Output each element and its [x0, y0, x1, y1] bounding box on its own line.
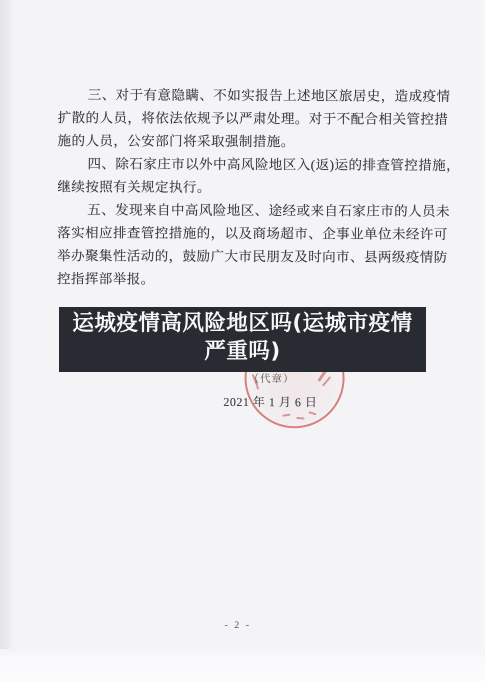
- document-text-line: 扩散的人员，将依法依规予以严肃处理。对于不配合相关管控措: [58, 106, 443, 131]
- scanned-document-page: 三、对于有意隐瞒、不如实报告上述地区旅居史，造成疫情 扩散的人员，将依法依规予以…: [0, 0, 485, 681]
- document-text-line: 举办聚集性活动的，鼓励广大市民朋友及时向市、县两级疫情防: [57, 244, 442, 269]
- document-text-line: 控指挥部举报。: [57, 267, 442, 292]
- banner-title-line1: 运城疫情高风险地区吗(运城市疫情: [59, 310, 426, 338]
- banner-title-line2: 严重吗): [59, 338, 426, 366]
- document-text-line: 五、发现来自中高风险地区、途经或来自石家庄市的人员未: [57, 198, 442, 223]
- document-text-line: 继续按照有关规定执行。: [57, 175, 442, 200]
- page-number: - 2 -: [224, 620, 251, 631]
- title-banner-overlay: 运城疫情高风险地区吗(运城市疫情 严重吗): [59, 307, 426, 372]
- document-body-text: 三、对于有意隐瞒、不如实报告上述地区旅居史，造成疫情 扩散的人员，将依法依规予以…: [57, 83, 443, 292]
- document-text-line: 落实相应排查管控措施的，以及商场超市、企事业单位未经许可: [57, 221, 442, 246]
- document-text-line: 四、除石家庄市以外中高风险地区入(返)运的排查管控措施，: [57, 152, 442, 177]
- seal-caption: （代章）: [249, 371, 295, 386]
- document-date: 2021 年 1 月 6 日: [223, 393, 317, 410]
- document-text-line: 施的人员，公安部门将采取强制措施。: [58, 129, 443, 154]
- document-text-line: 三、对于有意隐瞒、不如实报告上述地区旅居史，造成疫情: [58, 83, 443, 108]
